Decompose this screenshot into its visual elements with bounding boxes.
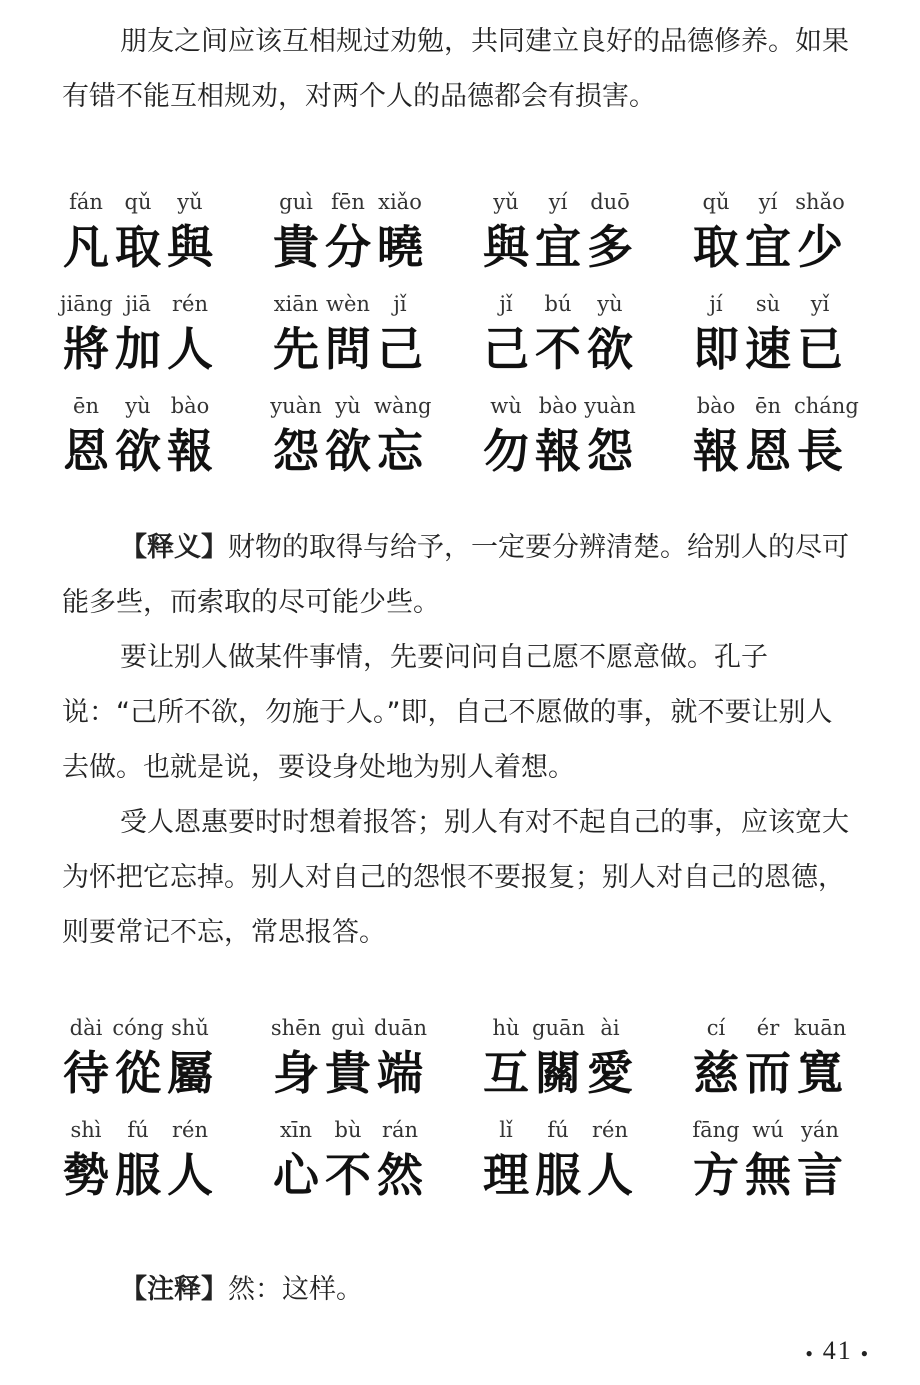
hanzi-row: 凡取與: [60, 214, 270, 274]
explanation-paragraph-2: 要让别人做某件事情，先要问问自己愿不愿意做。孔子说：“己所不欲，勿施于人。”即，…: [62, 630, 852, 795]
hanzi-row: 報恩長: [690, 418, 900, 478]
hanzi-row: 慈而寬: [690, 1040, 900, 1100]
hanzi-character: 關: [532, 1037, 584, 1103]
pinyin-row: shìfúrén: [60, 1112, 270, 1142]
hanzi-row: 待從屬: [60, 1040, 270, 1100]
hanzi-character: 理: [480, 1139, 532, 1205]
verse-phrase: bàoēncháng報恩長: [690, 388, 900, 484]
verse-phrase: wùbàoyuàn勿報怨: [480, 388, 690, 484]
hanzi-character: 服: [112, 1139, 164, 1205]
pinyin-row: yǔyíduō: [480, 184, 690, 214]
hanzi-character: 忘: [374, 415, 426, 481]
pinyin-row: cíérkuān: [690, 1010, 900, 1040]
hanzi-character: 端: [374, 1037, 426, 1103]
hanzi-character: 問: [322, 313, 374, 379]
hanzi-character: 即: [690, 313, 742, 379]
verse-phrase: fāngwúyán方無言: [690, 1112, 900, 1208]
hanzi-character: 宜: [532, 211, 584, 277]
page-number: ●41●: [798, 1336, 879, 1366]
pinyin-row: hùguānài: [480, 1010, 690, 1040]
hanzi-character: 人: [164, 313, 216, 379]
hanzi-character: 怨: [584, 415, 636, 481]
pinyin-row: bàoēncháng: [690, 388, 900, 418]
hanzi-character: 將: [60, 313, 112, 379]
hanzi-character: 多: [584, 211, 636, 277]
hanzi-character: 怨: [270, 415, 322, 481]
pinyin-row: yuànyùwàng: [270, 388, 480, 418]
verse-phrase: jísùyǐ即速已: [690, 286, 900, 382]
hanzi-row: 身貴端: [270, 1040, 480, 1100]
hanzi-character: 恩: [742, 415, 794, 481]
verse-phrase: yǔyíduō與宜多: [480, 184, 690, 280]
pinyin-row: lǐfúrén: [480, 1112, 690, 1142]
hanzi-row: 貴分曉: [270, 214, 480, 274]
hanzi-character: 與: [164, 211, 216, 277]
verse-phrase: cíérkuān慈而寬: [690, 1010, 900, 1106]
verse-phrase: guìfēnxiǎo貴分曉: [270, 184, 480, 280]
explanation-label: 【释义】: [120, 532, 228, 563]
hanzi-character: 勢: [60, 1139, 112, 1205]
hanzi-character: 服: [532, 1139, 584, 1205]
hanzi-character: 身: [270, 1037, 322, 1103]
annotation-paragraph: 【注释】然：这样。: [62, 1262, 852, 1317]
hanzi-character: 然: [374, 1139, 426, 1205]
pinyin-row: jiāngjiārén: [60, 286, 270, 316]
hanzi-character: 不: [322, 1139, 374, 1205]
intro-paragraph: 朋友之间应该互相规过劝勉，共同建立良好的品德修养。如果有错不能互相规劝，对两个人…: [62, 14, 852, 124]
pinyin-row: xīnbùrán: [270, 1112, 480, 1142]
verse-phrase: yuànyùwàng怨欲忘: [270, 388, 480, 484]
annotation-section: 【注释】然：这样。: [62, 1262, 852, 1317]
intro-text: 朋友之间应该互相规过劝勉，共同建立良好的品德修养。如果有错不能互相规劝，对两个人…: [62, 14, 852, 124]
hanzi-character: 貴: [322, 1037, 374, 1103]
hanzi-character: 心: [270, 1139, 322, 1205]
verse-phrase: qǔyíshǎo取宜少: [690, 184, 900, 280]
hanzi-character: 宜: [742, 211, 794, 277]
hanzi-character: 凡: [60, 211, 112, 277]
verse-phrase: ēnyùbào恩欲報: [60, 388, 270, 484]
explanation-paragraph-1: 【释义】财物的取得与给予，一定要分辨清楚。给别人的尽可能多些，而索取的尽可能少些…: [62, 520, 852, 630]
hanzi-character: 報: [164, 415, 216, 481]
hanzi-row: 取宜少: [690, 214, 900, 274]
hanzi-row: 理服人: [480, 1142, 690, 1202]
hanzi-character: 己: [480, 313, 532, 379]
hanzi-character: 寬: [794, 1037, 846, 1103]
hanzi-character: 人: [584, 1139, 636, 1205]
hanzi-character: 人: [164, 1139, 216, 1205]
hanzi-row: 即速已: [690, 316, 900, 376]
hanzi-character: 貴: [270, 211, 322, 277]
hanzi-character: 欲: [584, 313, 636, 379]
hanzi-character: 從: [112, 1037, 164, 1103]
annotation-text: 然：这样。: [228, 1274, 363, 1305]
annotation-label: 【注释】: [120, 1274, 228, 1305]
hanzi-character: 取: [690, 211, 742, 277]
hanzi-character: 取: [112, 211, 164, 277]
hanzi-row: 與宜多: [480, 214, 690, 274]
hanzi-character: 已: [794, 313, 846, 379]
pinyin-row: xiānwènjǐ: [270, 286, 480, 316]
hanzi-character: 方: [690, 1139, 742, 1205]
hanzi-character: 而: [742, 1037, 794, 1103]
hanzi-row: 勢服人: [60, 1142, 270, 1202]
hanzi-character: 互: [480, 1037, 532, 1103]
verse-phrase: shēnguìduān身貴端: [270, 1010, 480, 1106]
pinyin-row: fánqǔyǔ: [60, 184, 270, 214]
hanzi-character: 勿: [480, 415, 532, 481]
hanzi-character: 欲: [112, 415, 164, 481]
hanzi-character: 慈: [690, 1037, 742, 1103]
hanzi-character: 先: [270, 313, 322, 379]
verse-phrase: shìfúrén勢服人: [60, 1112, 270, 1208]
pinyin-row: jǐbúyù: [480, 286, 690, 316]
pinyin-row: jísùyǐ: [690, 286, 900, 316]
hanzi-row: 將加人: [60, 316, 270, 376]
pinyin-row: fāngwúyán: [690, 1112, 900, 1142]
hanzi-row: 心不然: [270, 1142, 480, 1202]
pinyin-row: ēnyùbào: [60, 388, 270, 418]
hanzi-character: 屬: [164, 1037, 216, 1103]
verse-phrase: lǐfúrén理服人: [480, 1112, 690, 1208]
verse-phrase: fánqǔyǔ凡取與: [60, 184, 270, 280]
hanzi-character: 己: [374, 313, 426, 379]
verse-phrase: xiānwènjǐ先問己: [270, 286, 480, 382]
hanzi-row: 己不欲: [480, 316, 690, 376]
hanzi-character: 曉: [374, 211, 426, 277]
hanzi-row: 怨欲忘: [270, 418, 480, 478]
pinyin-row: qǔyíshǎo: [690, 184, 900, 214]
verse-block-2: dàicóngshǔ待從屬shēnguìduān身貴端hùguānài互關愛cí…: [60, 1010, 860, 1208]
hanzi-row: 先問己: [270, 316, 480, 376]
hanzi-row: 互關愛: [480, 1040, 690, 1100]
hanzi-character: 長: [794, 415, 846, 481]
hanzi-character: 報: [532, 415, 584, 481]
dot-right-icon: ●: [861, 1346, 870, 1360]
hanzi-character: 無: [742, 1139, 794, 1205]
hanzi-character: 不: [532, 313, 584, 379]
pinyin-row: guìfēnxiǎo: [270, 184, 480, 214]
verse-phrase: xīnbùrán心不然: [270, 1112, 480, 1208]
hanzi-row: 勿報怨: [480, 418, 690, 478]
explanation-paragraph-3: 受人恩惠要时时想着报答；别人有对不起自己的事，应该宽大为怀把它忘掉。别人对自己的…: [62, 795, 852, 960]
hanzi-character: 言: [794, 1139, 846, 1205]
hanzi-row: 恩欲報: [60, 418, 270, 478]
verse-block-1: fánqǔyǔ凡取與guìfēnxiǎo貴分曉yǔyíduō與宜多qǔyíshǎ…: [60, 184, 860, 484]
hanzi-character: 待: [60, 1037, 112, 1103]
explanation-section: 【释义】财物的取得与给予，一定要分辨清楚。给别人的尽可能多些，而索取的尽可能少些…: [62, 520, 852, 960]
hanzi-character: 加: [112, 313, 164, 379]
hanzi-character: 報: [690, 415, 742, 481]
pinyin-row: shēnguìduān: [270, 1010, 480, 1040]
hanzi-character: 欲: [322, 415, 374, 481]
verse-phrase: hùguānài互關愛: [480, 1010, 690, 1106]
hanzi-character: 分: [322, 211, 374, 277]
hanzi-character: 少: [794, 211, 846, 277]
pinyin-row: wùbàoyuàn: [480, 388, 690, 418]
pinyin-row: dàicóngshǔ: [60, 1010, 270, 1040]
hanzi-row: 方無言: [690, 1142, 900, 1202]
dot-left-icon: ●: [806, 1346, 815, 1360]
hanzi-character: 恩: [60, 415, 112, 481]
verse-phrase: dàicóngshǔ待從屬: [60, 1010, 270, 1106]
verse-phrase: jǐbúyù己不欲: [480, 286, 690, 382]
hanzi-character: 與: [480, 211, 532, 277]
verse-phrase: jiāngjiārén將加人: [60, 286, 270, 382]
page-number-value: 41: [823, 1336, 853, 1365]
hanzi-character: 愛: [584, 1037, 636, 1103]
hanzi-character: 速: [742, 313, 794, 379]
